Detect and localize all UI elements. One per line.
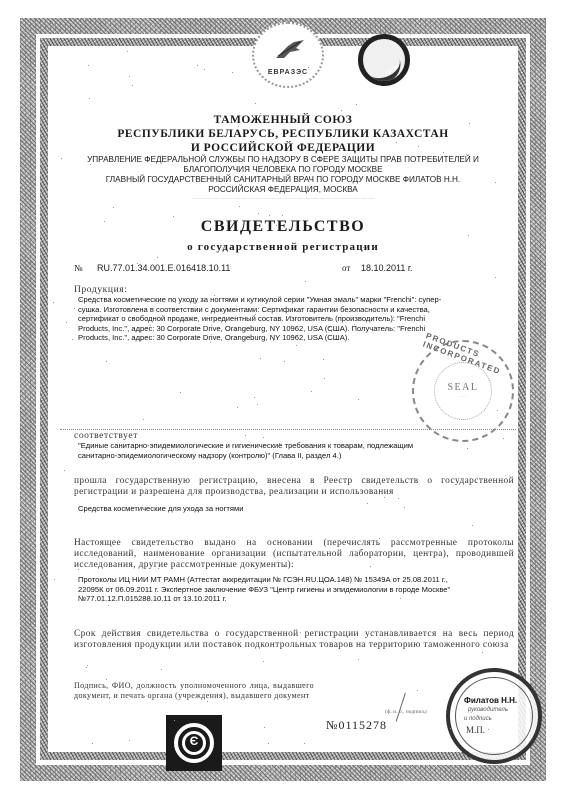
border-right [530,18,546,781]
microtext-line: ········································… [60,197,506,201]
scan-noise [86,667,87,668]
scan-noise [495,277,496,278]
scan-noise [308,67,309,68]
scan-noise [197,65,198,66]
scan-noise [53,302,54,303]
scan-noise [379,538,380,539]
scan-noise [370,566,371,567]
scan-noise [238,126,239,127]
scan-noise [284,361,285,362]
scan-noise [467,448,468,449]
serial-number: №0115278 [326,718,387,733]
scan-noise [300,632,301,633]
scan-noise [88,65,89,66]
scan-noise [469,123,470,124]
corporate-seal: PRODUCTS INCORPORATED SEAL · · · [412,340,514,442]
scan-noise [210,342,211,343]
scan-noise [90,164,91,165]
scan-noise [263,437,264,438]
scan-noise [346,631,347,632]
scan-noise [418,146,419,147]
scan-noise [269,215,270,216]
scan-noise [113,207,114,208]
union-heading: ТАМОЖЕННЫЙ СОЮЗ РЕСПУБЛИКИ БЕЛАРУСЬ, РЕС… [48,113,518,155]
scan-noise [72,339,73,340]
scan-noise [176,587,177,588]
scan-noise [482,652,483,653]
scan-noise [341,110,342,111]
scan-noise [254,397,255,398]
document-title: СВИДЕТЕЛЬСТВО [48,218,518,236]
scan-noise [89,98,90,99]
authority-heading: УПРАВЛЕНИЕ ФЕДЕРАЛЬНОЙ СЛУЖБЫ ПО НАДЗОРУ… [48,155,518,195]
scan-noise [363,247,364,248]
scan-noise [258,213,259,214]
scan-noise [137,263,138,264]
document-subtitle: о государственной регистрации [48,241,518,253]
official-stamp: Филатов Н.Н. руководитель и подпись М.П. [446,668,542,764]
inner-border-left [40,38,48,760]
scan-noise [106,361,107,362]
scan-noise [173,216,174,217]
scan-noise [260,113,261,114]
product-heading: Продукция: [74,285,127,295]
conformity-heading: соответствует [74,431,138,441]
scan-noise [175,302,176,303]
scan-noise [180,392,181,393]
scan-noise [255,103,256,104]
certificate-number: RU.77.01.34.001.E.016418.10.11 [97,263,230,273]
scan-noise [214,295,215,296]
scan-noise [108,605,109,606]
scan-noise [122,591,123,592]
scan-noise [450,728,451,729]
scan-noise [66,322,67,323]
scan-noise [302,684,303,685]
conformity-text: "Единые санитарно-эпидемиологические и г… [78,441,498,460]
scan-noise [305,281,306,282]
scan-noise [358,399,359,400]
border-bottom [20,765,546,781]
scan-noise [398,498,399,499]
scan-noise [282,215,283,216]
scan-noise [331,331,332,332]
scan-noise [276,225,277,226]
scan-noise [437,175,438,176]
inner-border-bottom [40,752,526,760]
scan-noise [207,701,208,702]
scan-noise [463,341,464,342]
basis-documents: Протоколы ИЦ НИИ МТ РАМН (Аттестат аккре… [78,575,510,604]
scan-noise [127,51,128,52]
scan-noise [311,391,312,392]
scan-noise [329,327,330,328]
scan-noise [443,152,444,153]
scan-noise [132,85,133,86]
scan-noise [325,338,326,339]
scan-noise [174,720,175,721]
number-label: № [74,263,83,273]
scan-noise [324,378,325,379]
scan-noise [296,345,297,346]
scan-noise [358,659,359,660]
scan-noise [254,637,255,638]
scan-noise [87,698,88,699]
scan-noise [183,597,184,598]
scan-noise [365,168,366,169]
scan-noise [357,158,358,159]
scan-noise [488,729,489,730]
scan-noise [204,69,205,70]
scan-noise [201,300,202,301]
scan-noise [255,314,256,315]
border-left [20,18,36,781]
scan-noise [400,598,401,599]
scan-noise [239,206,240,207]
scan-noise [136,510,137,511]
scan-noise [273,340,274,341]
issue-date: 18.10.2011 г. [361,263,413,273]
validity-statement: Срок действия свидетельства о государств… [74,629,514,651]
registration-statement: прошла государственную регистрацию, внес… [74,476,514,498]
scan-noise [161,669,162,670]
scan-noise [404,507,405,508]
scan-noise [129,76,130,77]
scan-noise [279,443,280,444]
scan-noise [363,161,364,162]
scan-noise [64,470,65,471]
scan-noise [232,72,233,73]
scan-noise [78,569,79,570]
scan-noise [257,404,258,405]
signature-label: Подпись, ФИО, должность уполномоченного … [74,681,314,700]
scan-noise [157,631,158,632]
scan-noise [80,299,81,300]
scan-noise [304,743,305,744]
scan-noise [237,407,238,408]
scan-noise [282,542,283,543]
scan-noise [264,727,265,728]
scan-noise [367,503,368,504]
scan-noise [495,182,496,183]
scan-noise [92,743,93,744]
eagle-icon [274,38,306,60]
inner-border-right [518,38,526,760]
scan-noise [129,740,130,741]
round-emblem: ЦСЭН [358,34,410,86]
scan-noise [268,743,269,744]
scan-noise [157,257,158,258]
scan-noise [158,568,159,569]
scan-noise [280,86,281,87]
scan-noise [356,104,357,105]
usage-scope: Средства косметические для ухода за ногт… [78,504,498,514]
scan-noise [396,142,397,143]
emblem-label: ЕВРАЗЭС [268,69,308,76]
scan-noise [354,324,355,325]
scan-noise [497,410,498,411]
scan-noise [245,435,246,436]
scan-noise [192,685,193,686]
scan-noise [260,567,261,568]
basis-statement: Настоящее свидетельство выдано на основа… [74,538,514,571]
scan-noise [61,158,62,159]
scan-noise [263,661,264,662]
scan-noise [106,679,107,680]
eurasec-emblem: ЕВРАЗЭС [252,22,324,88]
scan-noise [104,221,105,222]
hygiene-center-emblem: Є [166,715,222,771]
scan-noise [503,438,504,439]
scan-noise [143,419,144,420]
scan-noise [54,579,55,580]
scan-noise [150,325,151,326]
scan-noise [461,555,462,556]
date-label: от [342,263,350,273]
scan-noise [260,358,261,359]
scan-noise [323,359,324,360]
scan-noise [468,235,469,236]
scan-noise [384,497,385,498]
scan-noise [417,690,418,691]
scan-noise [74,308,75,309]
scan-noise [472,525,473,526]
